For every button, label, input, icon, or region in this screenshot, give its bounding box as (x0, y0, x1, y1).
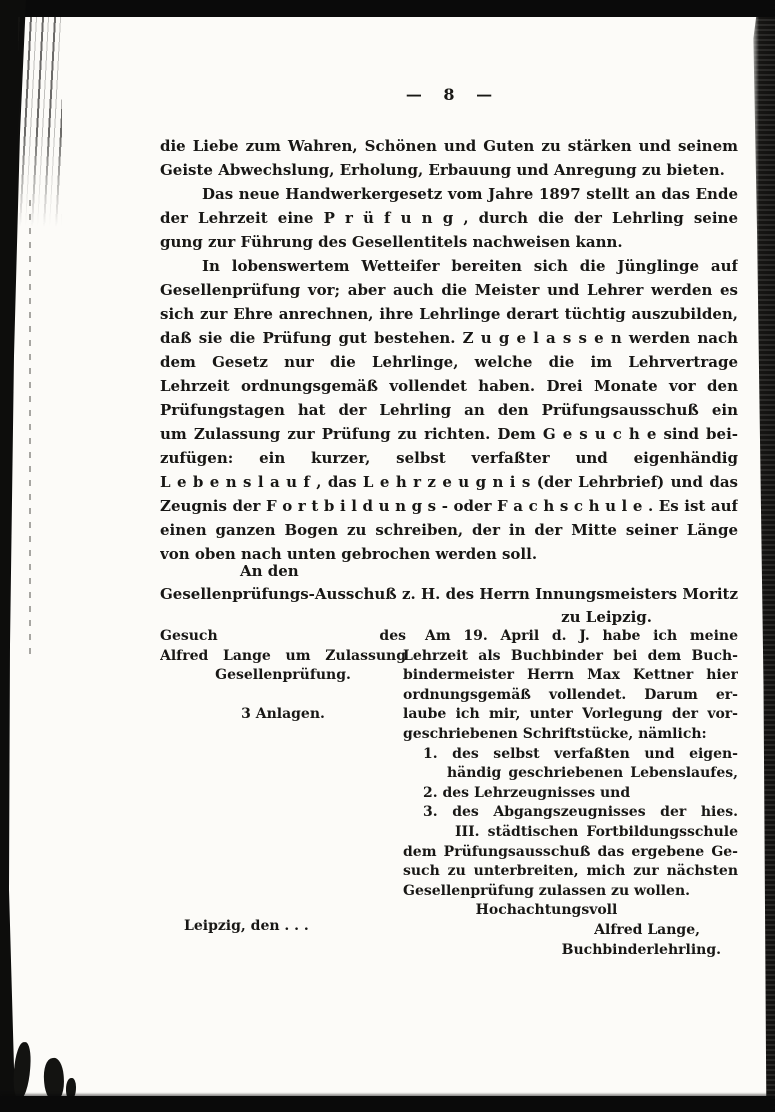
main-text-line: zufügen: ein kurzer, selbst verfaßter un… (160, 446, 738, 470)
right-column-list-item: händig geschriebenen Lebenslaufes, (403, 763, 738, 783)
right-column-line: such zu unterbreiten, mich zur nächsten (403, 861, 738, 881)
right-column-line: ordnungsgemäß vollendet. Darum er- (403, 685, 738, 705)
left-column-line: Gesuch des Buchbinderlehrlings (160, 626, 406, 646)
scan-ink-blob (12, 1042, 32, 1101)
right-column-line: Am 19. April d. J. habe ich meine (403, 626, 738, 646)
page-number: — 8 — (160, 82, 775, 108)
main-text-line: Gesellenprüfung vor; aber auch die Meist… (160, 278, 738, 302)
main-text-line: der Lehrzeit eine P r ü f u n g , durch … (160, 206, 738, 230)
right-column-list-item: 2. des Lehrzeugnisses und (403, 783, 738, 803)
main-text-line: um Zulassung zur Prüfung zu richten. Dem… (160, 422, 738, 446)
attachments-note: 3 Anlagen. (160, 704, 406, 724)
scanned-book-page: — 8 — die Liebe zum Wahren, Schönen und … (0, 0, 775, 1112)
left-column-line: Gesellenprüfung. (160, 665, 406, 685)
left-column-line: Alfred Lange um Zulassung zur (160, 646, 406, 666)
binding-smudge (18, 17, 62, 227)
letter-address-city: zu Leipzig. (160, 606, 738, 628)
binding-crease-line (29, 200, 31, 660)
right-column-list-item: III. städtischen Fortbildungsschule (403, 822, 738, 842)
main-text-line: die Liebe zum Wahren, Schönen und Guten … (160, 134, 738, 158)
right-column-list-item: 1. des selbst verfaßten und eigen- (403, 744, 738, 764)
right-column-line: laube ich mir, unter Vorlegung der vor- (403, 704, 738, 724)
main-text-line: Lehrzeit ordnungsgemäß vollendet haben. … (160, 374, 738, 398)
right-column-line: Gesellenprüfung zulassen zu wollen. (403, 881, 738, 901)
signature-title: Buchbinderlehrling. (403, 940, 738, 960)
main-text-line: sich zur Ehre anrechnen, ihre Lehrlinge … (160, 302, 738, 326)
page-text-block: — 8 — die Liebe zum Wahren, Schönen und … (160, 0, 738, 1112)
main-text-line: Zeugnis der F o r t b i l d u n g s - od… (160, 494, 738, 518)
scan-edge-right (752, 17, 775, 1096)
letter-address-line: Gesellenprüfungs-Ausschuß z. H. des Herr… (160, 583, 738, 605)
closing-line: Hochachtungsvoll (403, 900, 738, 920)
letter-salutation-line: An den (160, 560, 775, 582)
main-text-line: dem Gesetz nur die Lehrlinge, welche die… (160, 350, 738, 374)
main-text-line: Das neue Handwerkergesetz vom Jahre 1897… (160, 182, 738, 206)
right-column-line: geschriebenen Schriftstücke, nämlich: (403, 724, 738, 744)
date-line: Leipzig, den . . . (160, 916, 430, 936)
main-text-line: einen ganzen Bogen zu schreiben, der in … (160, 518, 738, 542)
main-text-line: In lobenswertem Wetteifer bereiten sich … (160, 254, 738, 278)
right-column-list-item: 3. des Abgangszeugnisses der hies. (403, 802, 738, 822)
signature-name: Alfred Lange, (403, 920, 738, 940)
right-column-line: dem Prüfungsausschuß das ergebene Ge- (403, 842, 738, 862)
main-text-line: gung zur Führung des Gesellentitels nach… (160, 230, 738, 254)
main-text-line: Prüfungstagen hat der Lehrling an den Pr… (160, 398, 738, 422)
main-text-line: L e b e n s l a u f , das L e h r z e u … (160, 470, 738, 494)
main-text-line: daß sie die Prüfung gut bestehen. Z u g … (160, 326, 738, 350)
main-text-line: Geiste Abwechslung, Erholung, Erbauung u… (160, 158, 738, 182)
right-column-line: Lehrzeit als Buchbinder bei dem Buch- (403, 646, 738, 666)
right-column-line: bindermeister Herrn Max Kettner hier (403, 665, 738, 685)
